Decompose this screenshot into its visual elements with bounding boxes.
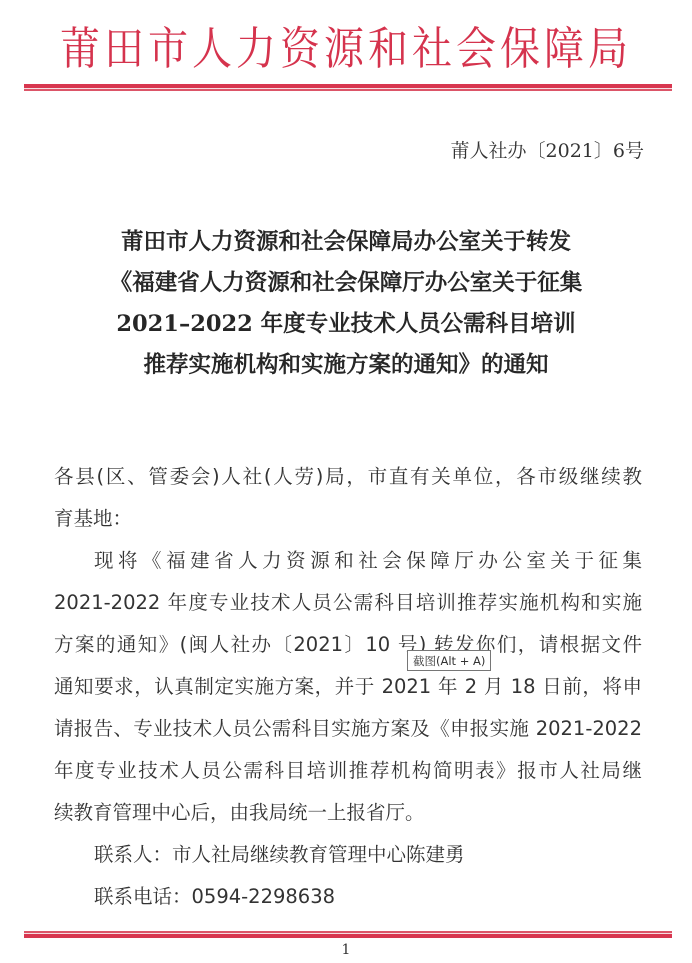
addressee-line: 各县(区、管委会)人社(人劳)局，市直有关单位，各市级继续教 — [54, 458, 642, 500]
contact-person: 联系人：市人社局继续教育管理中心陈建勇 — [54, 836, 642, 878]
divider-thin-line — [24, 89, 672, 91]
contact-phone: 联系电话：0594-2298638 — [54, 878, 642, 920]
letterhead-divider — [24, 84, 672, 91]
divider-thick-line — [24, 934, 672, 938]
document-body: 各县(区、管委会)人社(人劳)局，市直有关单位，各市级继续教 育基地： 现将《福… — [54, 458, 642, 920]
paragraph-line: 续教育管理中心后，由我局统一上报省厅。 — [54, 794, 642, 836]
heading-line: 推荐实施机构和实施方案的通知》的通知 — [0, 345, 692, 386]
heading-line: 2021–2022 年度专业技术人员公需科目培训 — [0, 304, 692, 345]
paragraph-line: 通知要求，认真制定实施方案，并于 2021 年 2 月 18 日前，将申 — [54, 668, 642, 710]
letterhead-title: 莆田市人力资源和社会保障局 — [0, 18, 692, 81]
screenshot-tooltip: 截图(Alt + A) — [407, 650, 491, 671]
heading-line: 《福建省人力资源和社会保障厅办公室关于征集 — [0, 263, 692, 304]
document-number: 莆人社办〔2021〕6号 — [451, 138, 644, 164]
page-number: 1 — [0, 940, 692, 960]
footer-divider — [24, 931, 672, 938]
paragraph-line: 2021-2022 年度专业技术人员公需科目培训推荐实施机构和实施 — [54, 584, 642, 626]
paragraph-line: 年度专业技术人员公需科目培训推荐机构简明表》报市人社局继 — [54, 752, 642, 794]
addressee-line: 育基地： — [54, 500, 642, 542]
heading-line: 莆田市人力资源和社会保障局办公室关于转发 — [0, 222, 692, 263]
paragraph-line: 方案的通知》(闽人社办〔2021〕10 号) 转发你们，请根据文件 — [54, 626, 642, 668]
paragraph-line: 请报告、专业技术人员公需科目实施方案及《申报实施 2021-2022 — [54, 710, 642, 752]
paragraph-line: 现将《福建省人力资源和社会保障厅办公室关于征集 — [54, 542, 642, 584]
document-heading: 莆田市人力资源和社会保障局办公室关于转发 《福建省人力资源和社会保障厅办公室关于… — [0, 222, 692, 386]
